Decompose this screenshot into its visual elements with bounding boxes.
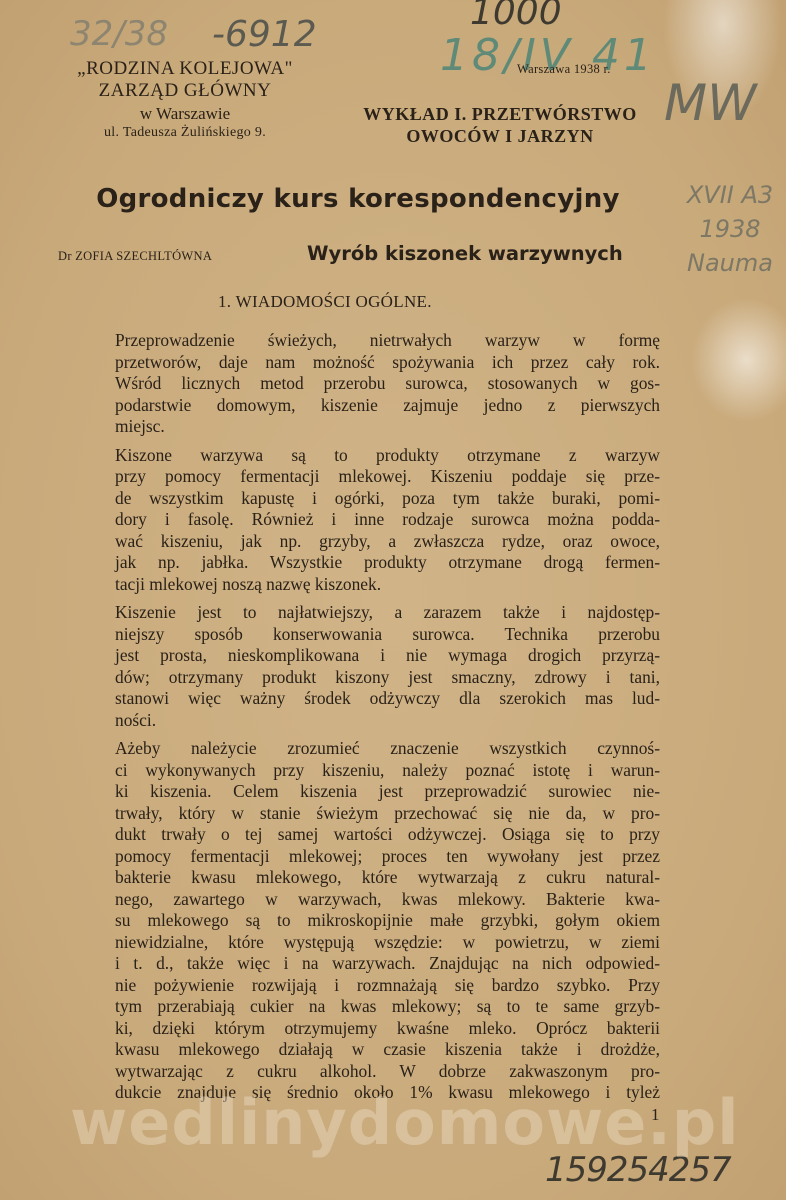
paragraph: Ażeby należycie zrozumieć znaczenie wszy… — [88, 738, 660, 1104]
shelfmark-line: Nauma — [680, 246, 780, 280]
text-line: Wśród licznych metod przerobu surowca, s… — [88, 373, 660, 395]
text-line: stanowi więc ważny środek odżywczy dla s… — [88, 688, 660, 710]
text-line: bakterie kwasu mlekowego, które wytwarza… — [88, 867, 660, 889]
pencil-annotation-catalog: 32/38 — [70, 14, 168, 54]
text-line: jest prosta, nieskomplikowana i nie wyma… — [88, 645, 660, 667]
text-line: dory i fasolę. Również i inne rodzaje su… — [88, 509, 660, 531]
text-line: dów; otrzymany produkt kiszony jest smac… — [88, 667, 660, 689]
city-line: w Warszawie — [60, 104, 310, 124]
lecture-line: OWOCÓW I JARZYN — [320, 126, 680, 148]
shelfmark-line: 1938 — [680, 212, 780, 246]
text-line: nego, zawartego w warzywach, kwas mlekow… — [88, 889, 660, 911]
text-line: dukt trwały o tej samej wartości odżywcz… — [88, 824, 660, 846]
text-line: jak np. jabłka. Wszystkie produkty otrzy… — [88, 552, 660, 574]
lecture-heading: WYKŁAD I. PRZETWÓRSTWO OWOCÓW I JARZYN — [320, 104, 680, 147]
paragraph: Kiszone warzywa są to produkty otrzymane… — [88, 445, 660, 596]
text-line: ności. — [88, 710, 660, 732]
pencil-annotation-number: -6912 — [212, 14, 317, 55]
text-line: Kiszone warzywa są to produkty otrzymane… — [88, 445, 660, 467]
text-line: niewidzialne, które występują wszędzie: … — [88, 932, 660, 954]
text-line: pomocy fermentacji mlekowej; proces ten … — [88, 846, 660, 868]
text-line: przy pomocy fermentacji mlekowej. Kiszen… — [88, 466, 660, 488]
text-line: przetworów, daje nam możność spożywania … — [88, 352, 660, 374]
text-line: i t. d., także więc i na warzywach. Znaj… — [88, 953, 660, 975]
text-line: ki kiszenia. Celem kiszenia jest przepro… — [88, 781, 660, 803]
section-heading: 1. WIADOMOŚCI OGÓLNE. — [218, 292, 432, 312]
text-line: Ażeby należycie zrozumieć znaczenie wszy… — [88, 738, 660, 760]
text-line: kwasu mlekowego działają w czasie kiszen… — [88, 1039, 660, 1061]
text-line: wytwarzając z cukru alkohol. W dobrze za… — [88, 1061, 660, 1083]
text-line: trwały, który w stanie świeżym przechowa… — [88, 803, 660, 825]
text-line: wać kiszeniu, jak np. grzyby, a zwłaszcz… — [88, 531, 660, 553]
pencil-annotation-quantity: 1000 — [470, 0, 562, 33]
text-line: podarstwie domowym, kiszenie zajmuje jed… — [88, 395, 660, 417]
organization-name: „RODZINA KOLEJOWA" — [60, 58, 310, 80]
text-line: miejsc. — [88, 416, 660, 438]
place-date: Warszawa 1938 r. — [517, 62, 611, 77]
text-line: Kiszenie jest to najłatwiejszy, a zaraze… — [88, 602, 660, 624]
text-line: nie pożywienie rozwijają i rozmnażają si… — [88, 975, 660, 997]
publisher-block: „RODZINA KOLEJOWA" ZARZĄD GŁÓWNY w Warsz… — [60, 58, 310, 141]
paragraph: Kiszenie jest to najłatwiejszy, a zaraze… — [88, 602, 660, 731]
document-subtitle: Wyrób kiszonek warzywnych — [307, 242, 623, 265]
text-line: ki, dzięki którym otrzymujemy kwaśne mle… — [88, 1018, 660, 1040]
lecture-line: WYKŁAD I. PRZETWÓRSTWO — [320, 104, 680, 126]
text-line: su mlekowego są to mikroskopijnie małe g… — [88, 910, 660, 932]
page-number: 1 — [651, 1105, 660, 1125]
body-text: Przeprowadzenie świeżych, nietrwałych wa… — [88, 330, 660, 1111]
text-line: ci wykonywanych przy kiszeniu, należy po… — [88, 760, 660, 782]
text-line: tym przerabiają cukier na kwas mlekowy; … — [88, 996, 660, 1018]
organization-unit: ZARZĄD GŁÓWNY — [60, 80, 310, 102]
text-line: tacji mlekowej noszą nazwę kiszonek. — [88, 574, 660, 596]
watermark: wedlinydomowe.pl — [70, 1086, 739, 1159]
paragraph: Przeprowadzenie świeżych, nietrwałych wa… — [88, 330, 660, 438]
text-line: Przeprowadzenie świeżych, nietrwałych wa… — [88, 330, 660, 352]
address: ul. Tadeusza Żulińskiego 9. — [60, 125, 310, 141]
author-name: Dr ZOFIA SZECHLTÓWNA — [58, 249, 212, 264]
course-title: Ogrodniczy kurs korespondencyjny — [0, 184, 716, 214]
text-line: niejszy sposób konserwowania surowca. Te… — [88, 624, 660, 646]
text-line: de wszystkim kapustę i ogórki, poza tym … — [88, 488, 660, 510]
